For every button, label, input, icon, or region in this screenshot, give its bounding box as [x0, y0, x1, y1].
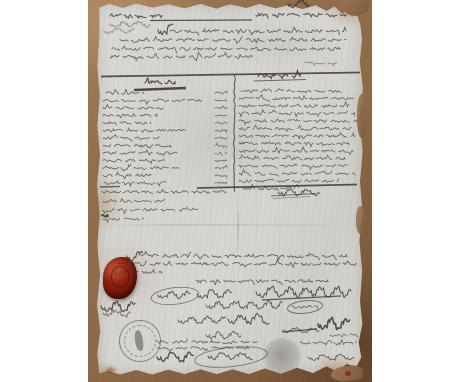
paper-tear-right-middle [357, 94, 367, 138]
vertical-fold-crease [237, 192, 239, 262]
horizontal-fold-crease [96, 224, 362, 226]
red-stain-bottom-left [104, 366, 117, 374]
faint-round-stamp [263, 338, 301, 376]
wax-fleck-bottom-right [345, 371, 351, 376]
paper-tear-right-lower [356, 206, 365, 234]
screenshot-canvas [0, 0, 468, 382]
